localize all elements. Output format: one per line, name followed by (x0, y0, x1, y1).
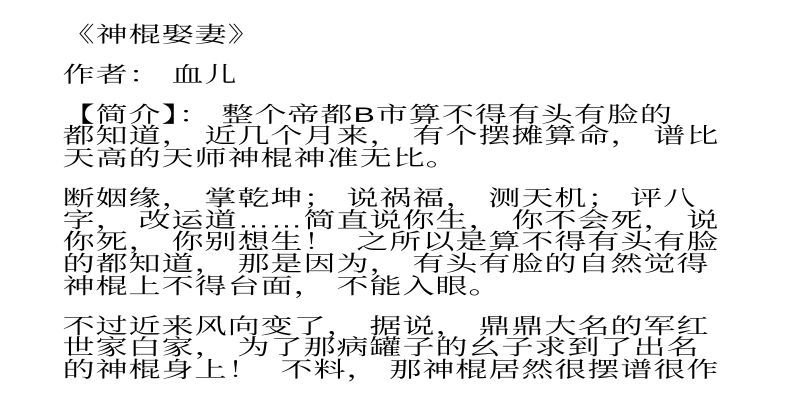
text-line: 世家白家， 为了那病罐子的幺子求到了出名 (63, 338, 800, 360)
book-title: 《神棍娶妻》 (63, 25, 800, 47)
synopsis-paragraph-3: 不过近来风向变了， 据说， 鼎鼎大名的军红世家白家， 为了那病罐子的幺子求到了出… (63, 316, 800, 382)
synopsis-paragraph-2: 断姻缘， 掌乾坤； 说祸福， 测天机； 评八字， 改运道……简直说你生， 你不会… (63, 188, 800, 298)
text-line: 的神棍身上！ 不料， 那神棍居然很摆谱很作 (63, 360, 800, 382)
text-line: 都知道， 近几个月来， 有个摆摊算命， 谱比 (63, 126, 800, 148)
novel-intro-page: 《神棍娶妻》 作者： 血儿 【简介】： 整个帝都B市算不得有头有脸的都知道， 近… (0, 0, 800, 400)
text-line: 不过近来风向变了， 据说， 鼎鼎大名的军红 (63, 316, 800, 338)
synopsis-paragraph-1: 【简介】： 整个帝都B市算不得有头有脸的都知道， 近几个月来， 有个摆摊算命， … (63, 104, 800, 170)
text-line: 神棍上不得台面， 不能入眼。 (63, 276, 800, 298)
text-line: 的都知道， 那是因为， 有头有脸的自然觉得 (63, 254, 800, 276)
text-line: 你死， 你别想生！ 之所以是算不得有头有脸 (63, 232, 800, 254)
text-line: 断姻缘， 掌乾坤； 说祸福， 测天机； 评八 (63, 188, 800, 210)
text-line: 字， 改运道……简直说你生， 你不会死， 说 (63, 210, 800, 232)
text-line: 【简介】： 整个帝都B市算不得有头有脸的 (63, 104, 800, 126)
text-line: 天高的天师神棍神准无比。 (63, 148, 800, 170)
author-line: 作者： 血儿 (63, 65, 800, 87)
